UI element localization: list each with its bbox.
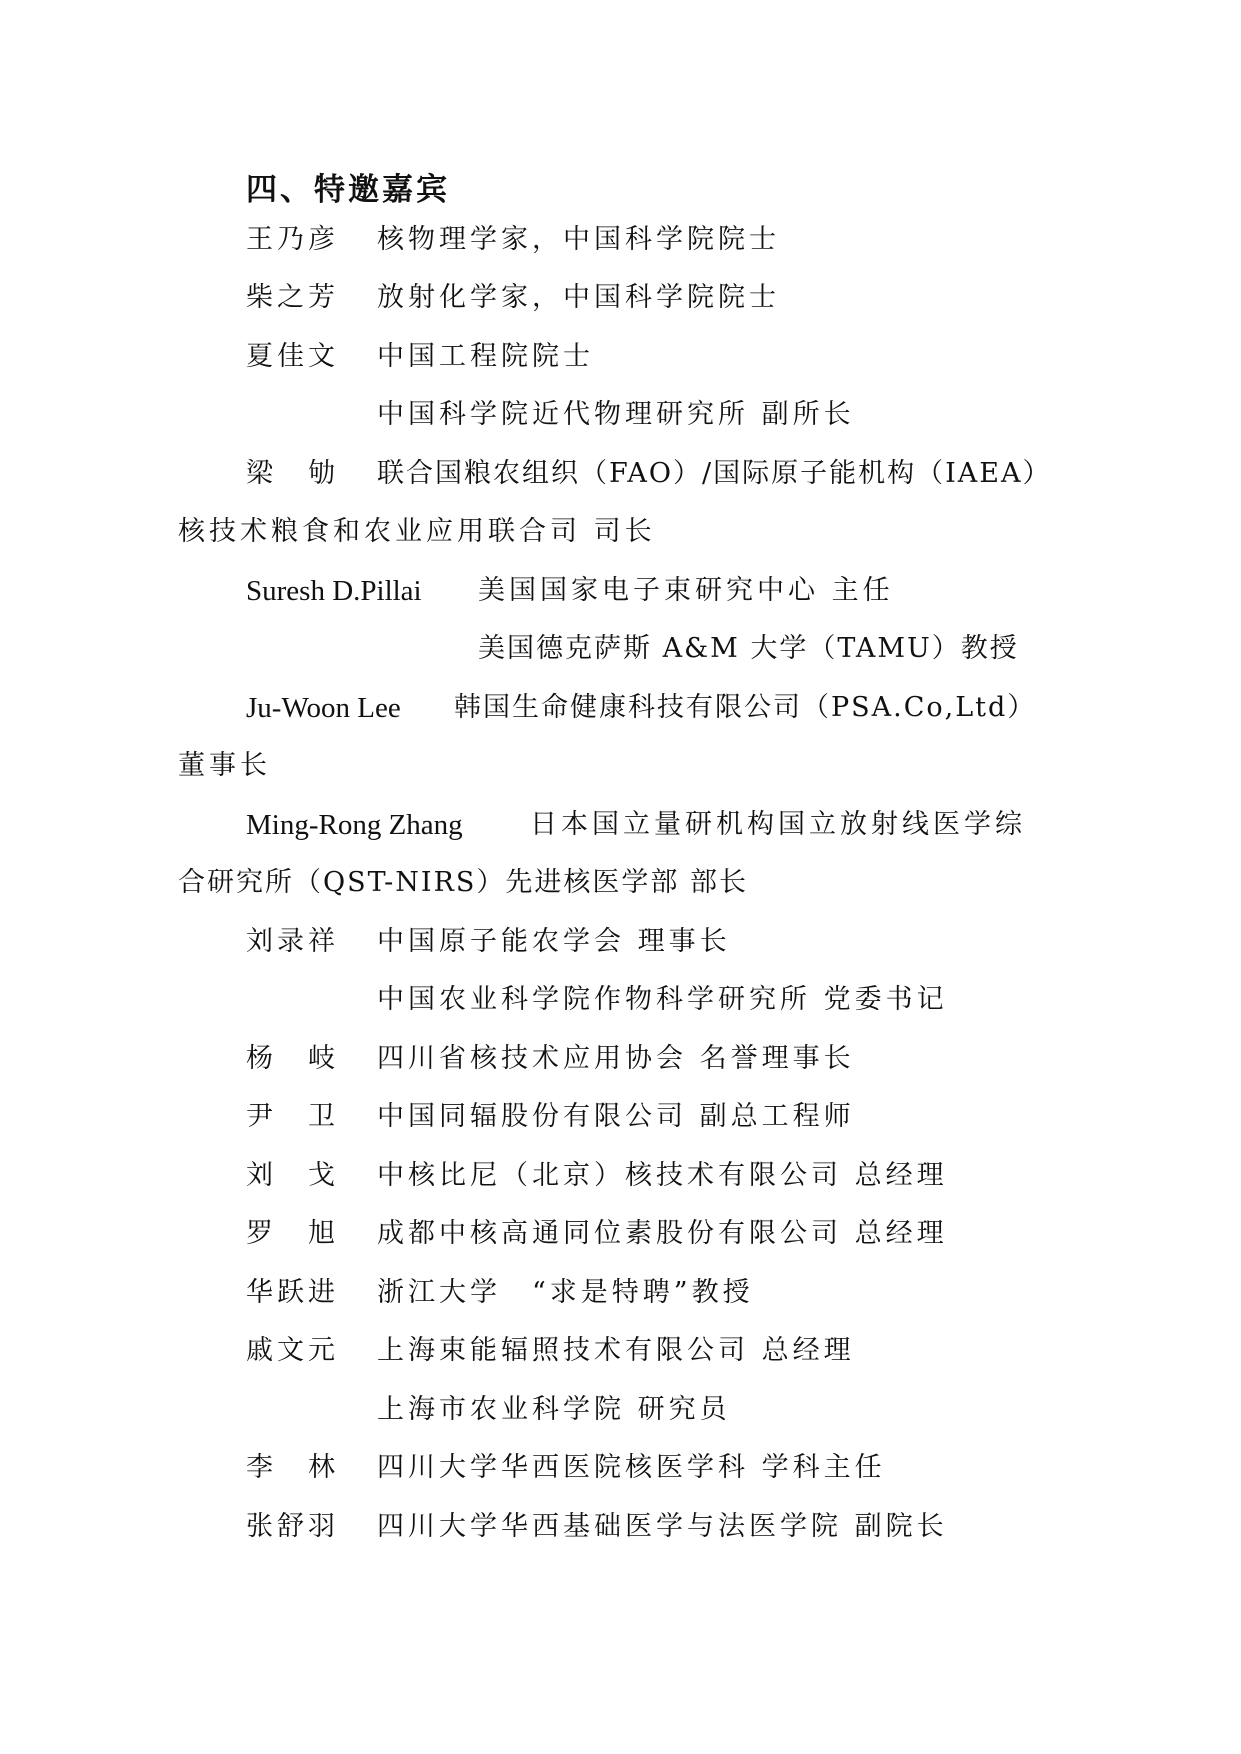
guest-title: 中国同辐股份有限公司 副总工程师 [377,1097,855,1137]
guest-name: 戚文元 [246,1331,339,1371]
guest-title: 核物理学家，中国科学院院士 [377,220,780,260]
guest-title: 韩国生命健康科技有限公司（PSA.Co,Ltd） [454,688,1036,728]
guest-name: 尹 卫 [246,1097,339,1137]
guest-title: 成都中核高通同位素股份有限公司 总经理 [377,1214,948,1254]
section-heading: 四、特邀嘉宾 [246,164,450,209]
guest-name: 刘录祥 [246,922,339,962]
guest-title: 上海束能辐照技术有限公司 总经理 [377,1331,855,1371]
guest-name: Ming-Rong Zhang [246,805,463,845]
guest-name: 杨 岐 [246,1039,339,1079]
guest-title: 中核比尼（北京）核技术有限公司 总经理 [377,1156,948,1196]
guest-title: 中国农业科学院作物科学研究所 党委书记 [377,980,948,1020]
guest-title: 美国德克萨斯 A&M 大学（TAMU）教授 [478,629,1019,669]
guest-name: 王乃彦 [246,220,339,260]
guest-name: 华跃进 [246,1273,339,1313]
guest-name: 夏佳文 [246,337,339,377]
guest-title: 核技术粮食和农业应用联合司 司长 [178,512,656,552]
guest-title: 四川省核技术应用协会 名誉理事长 [377,1039,855,1079]
guest-name: 柴之芳 [246,278,339,318]
guest-title: 日本国立量研机构国立放射线医学综 [530,805,1026,845]
guest-title: 联合国粮农组织（FAO）/国际原子能机构（IAEA） [377,454,1052,494]
guest-title: 四川大学华西医院核医学科 学科主任 [377,1448,886,1488]
guest-name: 梁 劬 [246,454,339,494]
guest-title: 合研究所（QST-NIRS）先进核医学部 部长 [178,863,748,903]
guest-name: 张舒羽 [246,1507,339,1547]
guest-name: 李 林 [246,1448,339,1488]
guest-title: 美国国家电子束研究中心 主任 [478,571,894,611]
guest-title: 浙江大学 “求是特聘”教授 [377,1273,754,1313]
document-page: 四、特邀嘉宾 王乃彦 核物理学家，中国科学院院士 柴之芳 放射化学家，中国科学院… [0,0,1241,1754]
guest-title: 中国科学院近代物理研究所 副所长 [377,395,855,435]
guest-name: Ju-Woon Lee [246,688,401,728]
guest-name: 刘 戈 [246,1156,339,1196]
guest-title: 中国原子能农学会 理事长 [377,922,731,962]
guest-name: Suresh D.Pillai [246,571,422,611]
guest-title: 中国工程院院士 [377,337,594,377]
guest-title: 董事长 [178,746,271,786]
guest-name: 罗 旭 [246,1214,339,1254]
guest-title: 放射化学家，中国科学院院士 [377,278,780,318]
guest-title: 四川大学华西基础医学与法医学院 副院长 [377,1507,948,1547]
guest-title: 上海市农业科学院 研究员 [377,1390,731,1430]
